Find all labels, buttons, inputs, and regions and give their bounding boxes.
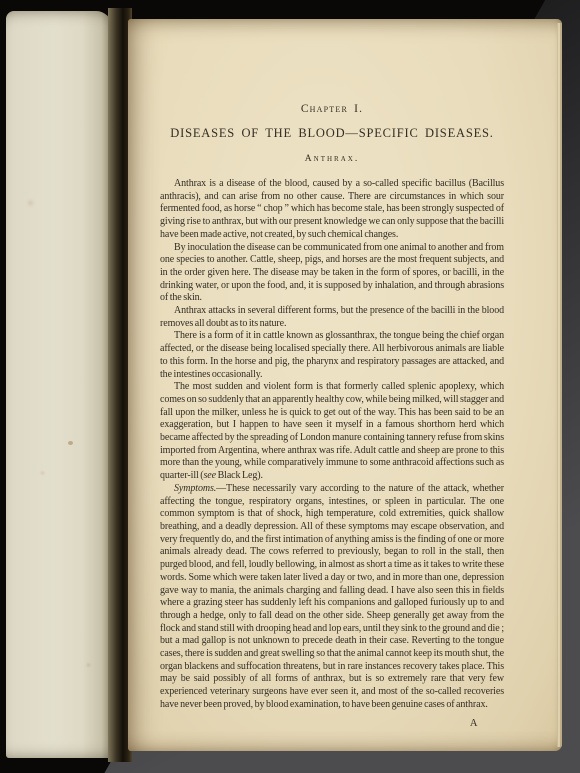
paragraph: Anthrax attacks in several different for… bbox=[160, 305, 504, 330]
signature-mark: A bbox=[160, 718, 504, 729]
chapter-heading: Chapter I. bbox=[160, 103, 504, 115]
italic-text: Symptoms. bbox=[174, 483, 216, 494]
italic-text: see bbox=[204, 470, 216, 481]
paragraph: There is a form of it in cattle known as… bbox=[160, 330, 504, 381]
body-run: The most sudden and violent form is that… bbox=[160, 381, 504, 481]
section-heading: Anthrax. bbox=[160, 154, 504, 164]
foxing-spots bbox=[68, 441, 73, 445]
left-blank-page bbox=[6, 11, 112, 758]
paragraph: Symptoms.—These necessarily vary accordi… bbox=[160, 483, 504, 712]
body-run: There is a form of it in cattle known as… bbox=[160, 330, 504, 379]
book-photo: Chapter I. DISEASES OF THE BLOOD—SPECIFI… bbox=[0, 0, 580, 773]
paragraph: Anthrax is a disease of the blood, cause… bbox=[160, 178, 504, 242]
right-text-page: Chapter I. DISEASES OF THE BLOOD—SPECIFI… bbox=[128, 19, 562, 751]
body-run: By inoculation the disease can be commun… bbox=[160, 242, 504, 304]
body-run: —These necessarily vary according to the… bbox=[160, 483, 504, 710]
body-run: Anthrax attacks in several different for… bbox=[160, 305, 504, 329]
body-run: Black Leg). bbox=[216, 470, 263, 481]
paragraph: By inoculation the disease can be commun… bbox=[160, 242, 504, 306]
text-block: Chapter I. DISEASES OF THE BLOOD—SPECIFI… bbox=[128, 19, 562, 751]
chapter-title: DISEASES OF THE BLOOD—SPECIFIC DISEASES. bbox=[160, 126, 504, 141]
body-text: Anthrax is a disease of the blood, cause… bbox=[160, 178, 504, 712]
body-run: Anthrax is a disease of the blood, cause… bbox=[160, 178, 504, 240]
paragraph: The most sudden and violent form is that… bbox=[160, 381, 504, 483]
